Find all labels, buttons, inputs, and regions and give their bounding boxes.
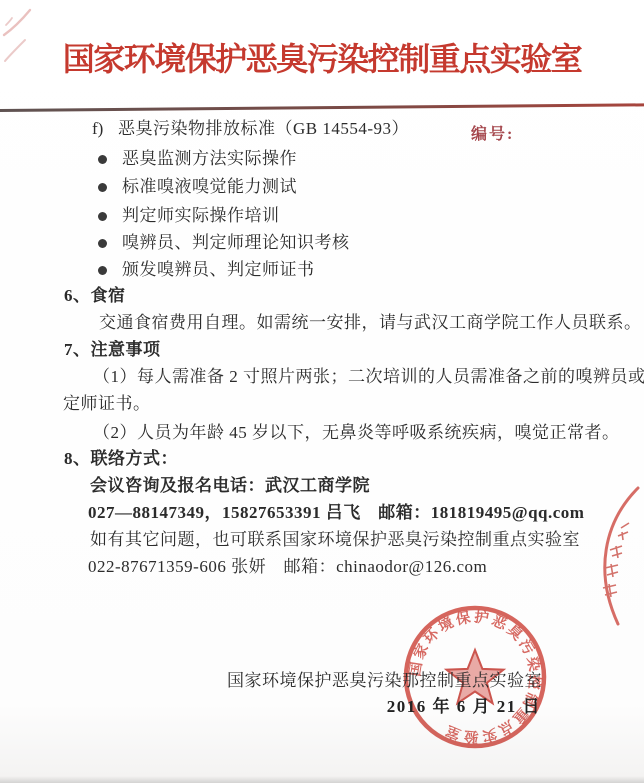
list-item: 颁发嗅辨员、判定师证书 [122, 260, 315, 280]
contact-phone-email-line2: 022-87671359-606 张妍 邮箱：chinaodor@126.com [88, 557, 487, 577]
section-heading-6: 6、食宿 [64, 286, 126, 306]
scan-edge-shadow [0, 776, 644, 783]
signature-org-name: 国家环境保护恶臭污染那控制重点实验室 [227, 666, 542, 691]
list-item: 恶臭监测方法实际操作 [122, 149, 297, 169]
bullet-icon [98, 239, 107, 248]
bullet-icon [98, 266, 107, 275]
contact-phone-email-line: 027—88147349，15827653391 吕飞 邮箱：181819495… [88, 503, 584, 523]
contact-org-line: 会议咨询及报名电话：武汉工商学院 [90, 476, 370, 496]
partial-seal-top-left [0, 6, 38, 66]
list-item: 判定师实际操作培训 [122, 206, 280, 226]
section7-note1-line1: （1）每人需准备 2 寸照片两张；二次培训的人员需准备之前的嗅辨员或判 [93, 367, 644, 387]
list-item-f: 恶臭污染物排放标准（GB 14554-93） [118, 119, 409, 139]
serial-number-label: 编号: [471, 121, 514, 144]
section-heading-8: 8、联络方式： [64, 449, 178, 469]
scanned-document-page: 国家环境保护恶臭污染控制重点实验室 编号: f) 恶臭污染物排放标准（GB 14… [0, 0, 644, 783]
list-item-marker-f: f) [92, 119, 103, 139]
section6-paragraph: 交通食宿费用自理。如需统一安排，请与武汉工商学院工作人员联系。 [99, 313, 642, 333]
list-item: 标准嗅液嗅觉能力测试 [122, 177, 297, 197]
header-divider [0, 103, 644, 111]
bullet-icon [98, 155, 107, 164]
bullet-icon [98, 212, 107, 221]
page-title: 国家环境保护恶臭污染控制重点实验室 [0, 34, 644, 80]
signature-date: 2016 年 6 月 21 日 [387, 692, 541, 717]
section7-note2: （2）人员为年龄 45 岁以下，无鼻炎等呼吸系统疾病，嗅觉正常者。 [93, 423, 620, 443]
contact-alt-line: 如有其它问题，也可联系国家环境保护恶臭污染控制重点实验室 [90, 530, 580, 550]
bullet-icon [98, 183, 107, 192]
section7-note1-line2: 定师证书。 [63, 394, 151, 414]
partial-seal-right [572, 484, 644, 629]
section-heading-7: 7、注意事项 [64, 340, 161, 360]
list-item: 嗅辨员、判定师理论知识考核 [122, 233, 350, 253]
